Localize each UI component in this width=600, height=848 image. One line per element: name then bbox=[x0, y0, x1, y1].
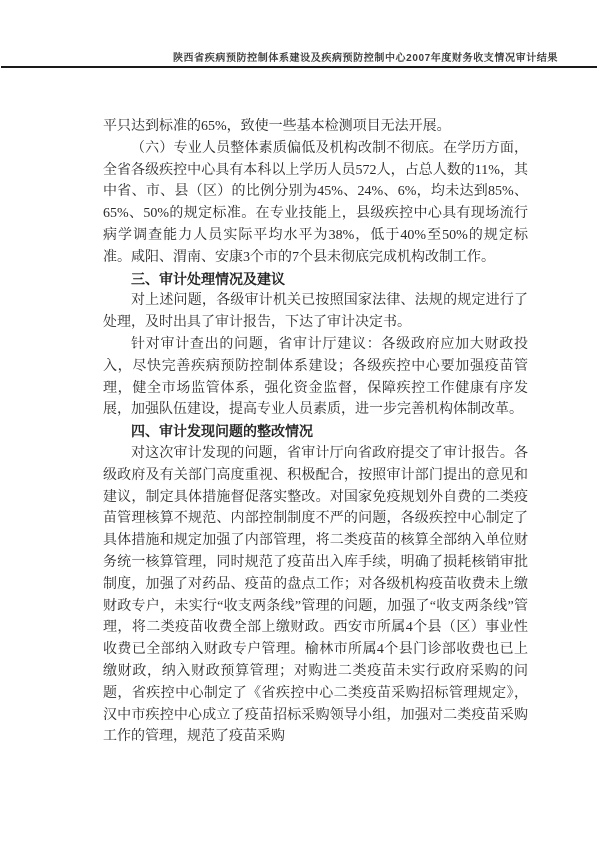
paragraph: 对上述问题，各级审计机关已按照国家法律、法规的规定进行了处理，及时出具了审计报告… bbox=[103, 290, 528, 334]
paragraph: 平只达到标准的65%，致使一些基本检测项目无法开展。 bbox=[103, 116, 528, 138]
section-heading: 三、审计处理情况及建议 bbox=[103, 269, 528, 291]
paragraph: 对这次审计发现的问题，省审计厅向省政府提交了审计报告。各级政府及有关部门高度重视… bbox=[103, 443, 528, 748]
page-header-title: 陕西省疾病预防控制体系建设及疾病预防控制中心2007年度财务收支情况审计结果 bbox=[173, 53, 558, 64]
document-body: 平只达到标准的65%，致使一些基本检测项目无法开展。（六）专业人员整体素质偏低及… bbox=[103, 116, 528, 748]
running-header: 陕西省疾病预防控制体系建设及疾病预防控制中心2007年度财务收支情况审计结果 bbox=[0, 49, 558, 64]
paragraph: 针对审计查出的问题，省审计厅建议：各级政府应加大财政投入，尽快完善疾病预防控制体… bbox=[103, 334, 528, 421]
scanned-document-page: 陕西省疾病预防控制体系建设及疾病预防控制中心2007年度财务收支情况审计结果 平… bbox=[0, 0, 600, 848]
section-heading: 四、审计发现问题的整改情况 bbox=[103, 421, 528, 443]
paragraph: （六）专业人员整体素质偏低及机构改制不彻底。在学历方面，全省各级疾控中心具有本科… bbox=[103, 138, 528, 269]
header-rule bbox=[1, 66, 597, 68]
